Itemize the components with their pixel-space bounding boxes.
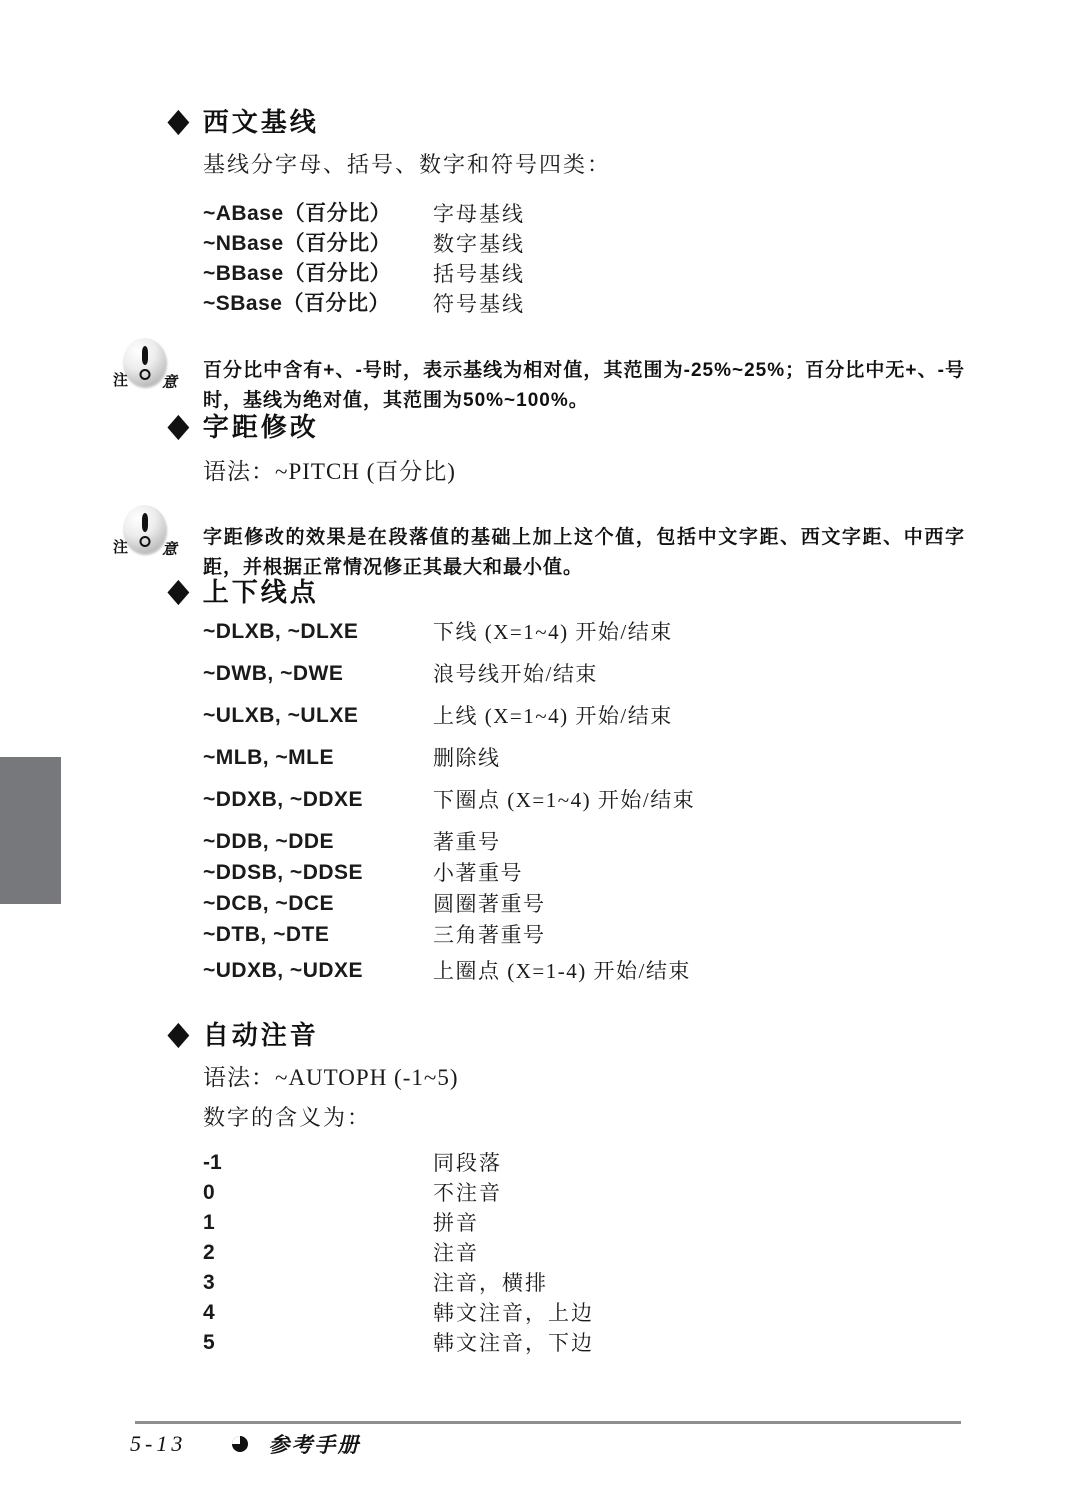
section-title: 西文基线 [203,102,319,139]
line-command-list-tight: ~DDB, ~DDE 著重号 ~DDSB, ~DDSE 小著重号 ~DCB, ~… [203,829,1008,948]
command-row: ~ULXB, ~ULXE 上线 (X=1~4) 开始/结束 [203,703,1008,729]
value-number: 0 [203,1178,433,1208]
value-number: 4 [203,1298,433,1328]
value-description: 注音，横排 [433,1268,548,1298]
section-title: 上下线点 [203,572,319,609]
value-description: 不注音 [433,1178,502,1208]
section-heading: ◆ 西文基线 [168,103,1008,137]
command-description: 字母基线 [433,199,525,229]
command-description: 上线 (X=1~4) 开始/结束 [433,703,673,729]
value-description: 同段落 [433,1148,502,1178]
attention-icon: 注 意 [113,505,177,565]
attention-icon-right-char: 意 [162,371,177,392]
diamond-bullet-icon: ◆ [168,1017,189,1048]
attention-icon: 注 意 [113,338,177,398]
section-pitch: ◆ 字距修改 语法：~PITCH (百分比) [168,408,1008,486]
exclamation-bar-icon [142,346,148,365]
section-auto-phonetic: ◆ 自动注音 语法：~AUTOPH (-1~5) 数字的含义为： -1 同段落 … [168,1016,1008,1358]
attention-icon-right-char: 意 [162,538,177,559]
exclamation-bar-icon [142,513,148,532]
section-heading: ◆ 自动注音 [168,1016,1008,1050]
page-number: 5-13 [130,1431,186,1457]
diamond-bullet-icon: ◆ [168,409,189,440]
exclamation-dot-icon [139,369,150,380]
phonetic-value-list: -1 同段落 0 不注音 1 拼音 2 注音 [203,1148,1008,1358]
command-row: ~MLB, ~MLE 删除线 [203,745,1008,771]
value-row: 1 拼音 [203,1208,1008,1238]
command-description: 著重号 [433,829,501,855]
command-code: ~DCB, ~DCE [203,891,433,917]
value-description: 拼音 [433,1208,479,1238]
command-description: 上圈点 (X=1-4) 开始/结束 [433,958,691,984]
value-description: 韩文注音，下边 [433,1328,594,1358]
command-description: 三角著重号 [433,922,546,948]
command-code: ~DDB, ~DDE [203,829,433,855]
value-row: 5 韩文注音，下边 [203,1328,1008,1358]
command-code: ~NBase（百分比） [203,229,433,259]
baseline-command-list: ~ABase（百分比） 字母基线 ~NBase（百分比） 数字基线 ~BBase… [203,199,1008,319]
command-description: 括号基线 [433,259,525,289]
command-code: ~DDSB, ~DDSE [203,860,433,886]
diamond-bullet-icon: ◆ [168,574,189,605]
manual-page: ◆ 西文基线 基线分字母、括号、数字和符号四类： ~ABase（百分比） 字母基… [0,0,1073,1488]
command-description: 符号基线 [433,289,525,319]
value-row: 2 注音 [203,1238,1008,1268]
command-row: ~DCB, ~DCE 圆圈著重号 [203,891,1008,917]
value-number: 1 [203,1208,433,1238]
diamond-bullet-icon: ◆ [168,104,189,135]
command-description: 小著重号 [433,860,523,886]
command-description: 浪号线开始/结束 [433,661,598,687]
value-description: 韩文注音，上边 [433,1298,594,1328]
command-row: ~DTB, ~DTE 三角著重号 [203,922,1008,948]
command-row: ~SBase（百分比） 符号基线 [203,289,1008,319]
command-code: ~DDXB, ~DDXE [203,787,433,813]
section-mark-icon [232,1436,248,1452]
section-underline-dots: ◆ 上下线点 ~DLXB, ~DLXE 下线 (X=1~4) 开始/结束 ~DW… [168,573,1008,984]
syntax-line: 语法：~AUTOPH (-1~5) [203,1064,1008,1092]
section-heading: ◆ 字距修改 [168,408,1008,442]
attention-sphere-icon [123,505,166,553]
line-command-list-last: ~UDXB, ~UDXE 上圈点 (X=1-4) 开始/结束 [203,958,1008,984]
list-lead-in: 数字的含义为： [203,1104,1008,1132]
section-heading: ◆ 上下线点 [168,573,1008,607]
command-description: 下圈点 (X=1~4) 开始/结束 [433,787,695,813]
command-row: ~DLXB, ~DLXE 下线 (X=1~4) 开始/结束 [203,619,1008,645]
command-description: 数字基线 [433,229,525,259]
value-number: 2 [203,1238,433,1268]
chapter-edge-tab [0,757,61,904]
value-number: -1 [203,1148,433,1178]
command-code: ~ULXB, ~ULXE [203,703,433,729]
command-description: 圆圈著重号 [433,891,546,917]
section-mark-notch [232,1436,240,1444]
command-code: ~SBase（百分比） [203,289,433,319]
value-row: 3 注音，横排 [203,1268,1008,1298]
syntax-line: 语法：~PITCH (百分比) [203,458,1008,486]
command-row: ~UDXB, ~UDXE 上圈点 (X=1-4) 开始/结束 [203,958,1008,984]
section-title: 自动注音 [203,1015,319,1052]
exclamation-dot-icon [139,536,150,547]
command-row: ~BBase（百分比） 括号基线 [203,259,1008,289]
value-number: 5 [203,1328,433,1358]
command-code: ~UDXB, ~UDXE [203,958,433,984]
command-description: 下线 (X=1~4) 开始/结束 [433,619,673,645]
attention-sphere-icon [123,338,166,386]
line-command-list-spaced: ~DLXB, ~DLXE 下线 (X=1~4) 开始/结束 ~DWB, ~DWE… [203,619,1008,813]
section-western-baseline: ◆ 西文基线 基线分字母、括号、数字和符号四类： ~ABase（百分比） 字母基… [168,103,1008,319]
command-code: ~MLB, ~MLE [203,745,433,771]
command-row: ~NBase（百分比） 数字基线 [203,229,1008,259]
command-code: ~DLXB, ~DLXE [203,619,433,645]
command-code: ~BBase（百分比） [203,259,433,289]
value-row: 0 不注音 [203,1178,1008,1208]
command-row: ~DWB, ~DWE 浪号线开始/结束 [203,661,1008,687]
footer: 5-13 参考手册 [130,1429,360,1459]
command-code: ~ABase（百分比） [203,199,433,229]
footer-rule [135,1421,961,1424]
command-row: ~DDXB, ~DDXE 下圈点 (X=1~4) 开始/结束 [203,787,1008,813]
command-row: ~DDB, ~DDE 著重号 [203,829,1008,855]
section-title: 字距修改 [203,407,319,444]
value-row: 4 韩文注音，上边 [203,1298,1008,1328]
command-code: ~DWB, ~DWE [203,661,433,687]
command-description: 删除线 [433,745,501,771]
command-code: ~DTB, ~DTE [203,922,433,948]
command-row: ~DDSB, ~DDSE 小著重号 [203,860,1008,886]
value-number: 3 [203,1268,433,1298]
section-intro: 基线分字母、括号、数字和符号四类： [203,151,1008,179]
footer-title: 参考手册 [268,1429,360,1459]
command-row: ~ABase（百分比） 字母基线 [203,199,1008,229]
value-row: -1 同段落 [203,1148,1008,1178]
value-description: 注音 [433,1238,479,1268]
